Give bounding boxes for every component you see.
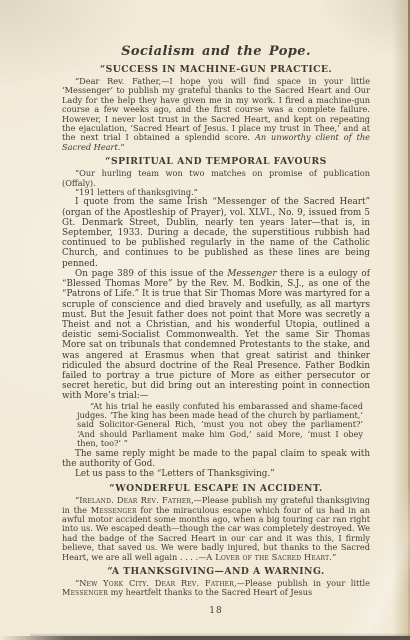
text-segment: “Our hurling team won two matches on pro…	[62, 168, 370, 187]
text-segment: “SPIRITUAL AND TEMPORAL FAVOURS	[105, 156, 327, 167]
section-heading-machine-gun-practice: “SUCCESS IN MACHINE-GUN PRACTICE.	[62, 64, 370, 75]
body-paragraph-let-us-pass: Let us pass to the “Letters of Thanksgiv…	[62, 469, 370, 479]
section-heading-spiritual-temporal-favours: “SPIRITUAL AND TEMPORAL FAVOURS	[62, 156, 370, 167]
page-crease-highlight	[310, 490, 410, 640]
text-segment: “A THANKSGIVING—AND A WARNING.	[107, 566, 324, 577]
text-segment: “191 letters of thanksgiving.”	[75, 187, 198, 197]
text-segment: I quote from the same Irish “Messenger o…	[62, 197, 370, 268]
scanned-book-page: Socialism and the Pope. “SUCCESS IN MACH…	[0, 0, 410, 640]
text-segment: Messenger	[227, 269, 276, 279]
text-segment: Messenger	[62, 587, 108, 597]
text-segment: there is a eulogy of “Blessed Thomas Mor…	[62, 269, 370, 401]
body-paragraph-i-quote: I quote from the same Irish “Messenger o…	[62, 197, 370, 268]
body-paragraph-thomas-more: On page 389 of this issue of the Messeng…	[62, 269, 370, 402]
blockquote-more-trial: “At his trial he easily confuted his emb…	[77, 402, 363, 449]
letter-excerpt-machine-gun: “Dear Rev. Father,—I hope you will find …	[62, 77, 370, 152]
page-title: Socialism and the Pope.	[62, 44, 370, 59]
letter-excerpt-hurling-team: “Our hurling team won two matches on pro…	[62, 169, 370, 188]
text-segment: Let us pass to the “Letters of Thanksgiv…	[75, 469, 275, 479]
text-segment: my heartfelt thanks to the Sacred Heart …	[108, 587, 312, 597]
text-segment: “At his trial he easily confuted his emb…	[77, 401, 363, 449]
body-paragraph-same-reply: The same reply might be made to the papa…	[62, 449, 370, 469]
text-segment: “SUCCESS IN MACHINE-GUN PRACTICE.	[100, 64, 332, 75]
text-segment: “WONDERFUL ESCAPE IN ACCIDENT.	[109, 483, 322, 494]
text-segment: The same reply might be made to the papa…	[62, 449, 370, 469]
text-segment: On page 389 of this issue of the	[75, 269, 227, 279]
text-segment: ”	[120, 142, 124, 152]
scan-bottom-edge	[0, 636, 410, 640]
